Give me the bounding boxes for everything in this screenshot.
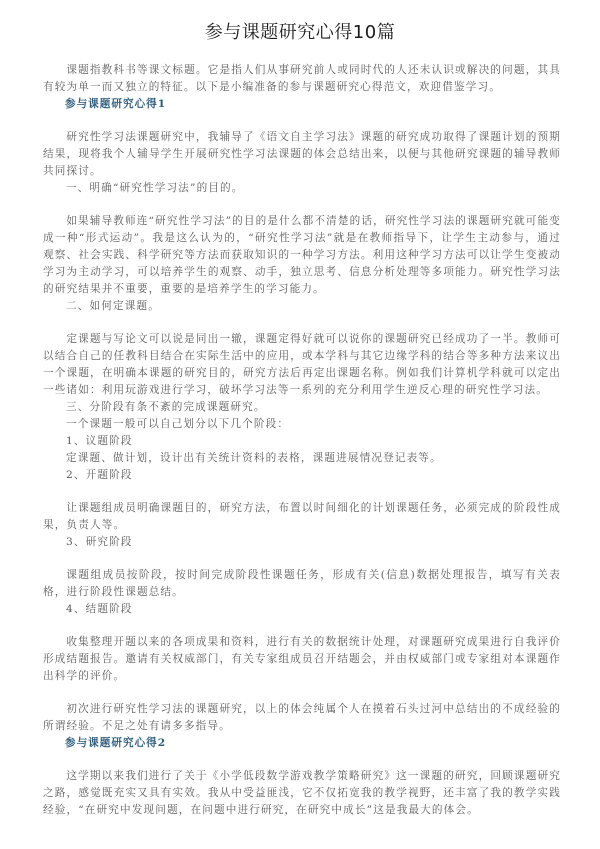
document-title: 参与课题研究心得10篇 xyxy=(0,21,600,45)
section1-paragraph-4: 一个课题一般可以自己划分以下几个阶段： xyxy=(43,416,561,433)
section1-paragraph-1: 研究性学习法课题研究中，我辅导了《语文自主学习法》课题的研究成功取得了课题计划的… xyxy=(43,129,561,180)
stage-4-title: 4、结题阶段 xyxy=(43,601,561,618)
intro-paragraph: 课题指教科书等课文标题。它是指人们从事研究前人或同时代的人还未认识或解决的问题，… xyxy=(43,62,561,96)
section2-paragraph-1: 这学期以来我们进行了关于《小学低段数学游戏教学策略研究》这一课题的研究，回顾课题… xyxy=(43,768,561,819)
stage-2-title: 2、开题阶段 xyxy=(43,467,561,484)
section-heading-2: 参与课题研究心得2 xyxy=(43,735,561,752)
section1-subheading-stages: 三、分阶段有条不紊的完成课题研究。 xyxy=(43,399,561,416)
section1-paragraph-2: 如果辅导教师连“研究性学习法”的目的是什么都不清楚的话，研究性学习法的课题研究就… xyxy=(43,213,561,298)
document-body: 课题指教科书等课文标题。它是指人们从事研究前人或同时代的人还未认识或解决的问题，… xyxy=(43,62,561,819)
section1-paragraph-3: 定课题与写论文可以说是同出一辙，课题定得好就可以说你的课题研究已经成功了一半。教… xyxy=(43,331,561,399)
stage-4-text: 收集整理开题以来的各项成果和资料，进行有关的数据统计处理，对课题研究成果进行自我… xyxy=(43,634,561,685)
section1-closing-paragraph: 初次进行研究性学习法的课题研究，以上的体会纯属个人在摸着石头过河中总结出的不成经… xyxy=(43,701,561,735)
stage-3-text: 课题组成员按阶段，按时间完成阶段性课题任务，形成有关(信息)数据处理报告，填写有… xyxy=(43,567,561,601)
stage-1-text: 定课题、做计划，设计出有关统计资料的表格，课题进展情况登记表等。 xyxy=(43,450,561,467)
section1-subheading-purpose: 一、明确“研究性学习法”的目的。 xyxy=(43,180,561,197)
stage-2-text: 让课题组成员明确课题目的，研究方法，布置以时间细化的计划课题任务，必须完成的阶段… xyxy=(43,500,561,534)
stage-1-title: 1、议题阶段 xyxy=(43,433,561,450)
section1-subheading-topic: 二、如何定课题。 xyxy=(43,298,561,315)
stage-3-title: 3、研究阶段 xyxy=(43,534,561,551)
section-heading-1: 参与课题研究心得1 xyxy=(43,96,561,113)
document-page: 参与课题研究心得10篇 课题指教科书等课文标题。它是指人们从事研究前人或同时代的… xyxy=(0,0,600,849)
